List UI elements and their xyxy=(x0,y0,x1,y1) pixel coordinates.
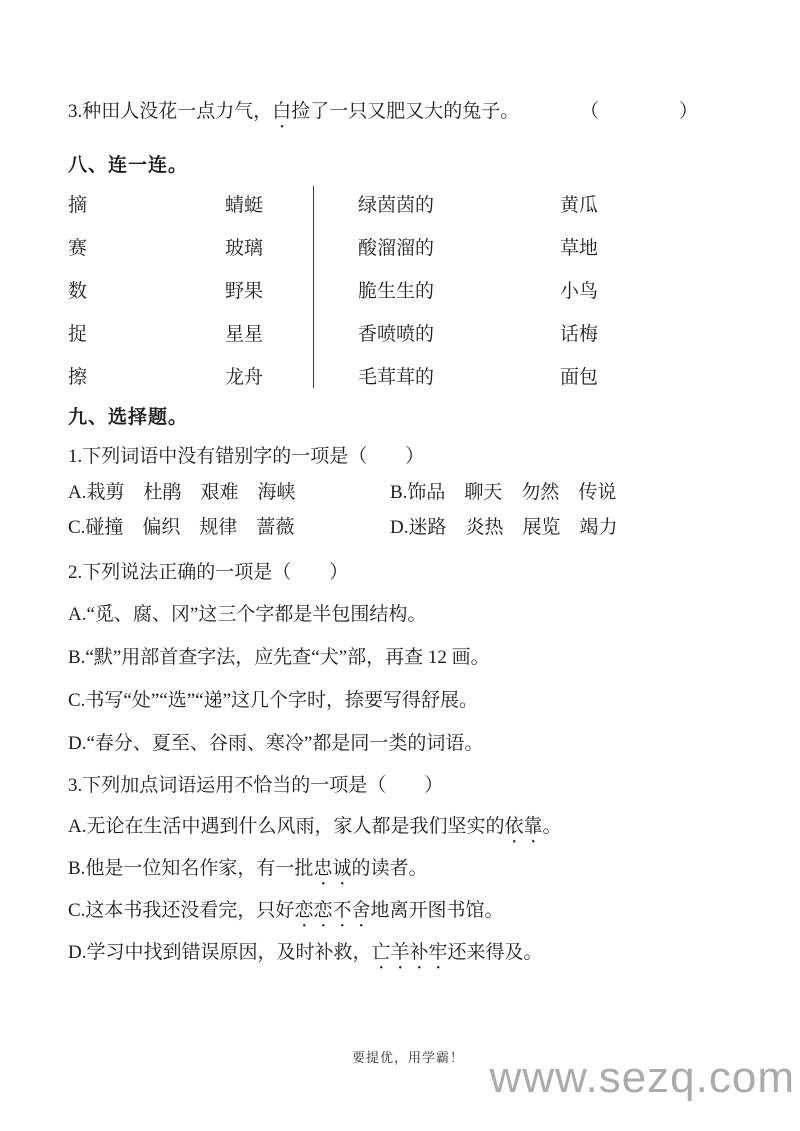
match-object: 小鸟 xyxy=(560,276,598,303)
match-noun: 野果 xyxy=(225,276,358,303)
q3-stem: 3.下列加点词语运用不恰当的一项是（ ） xyxy=(68,770,712,797)
match-divider-line xyxy=(313,186,314,388)
q3-option-c-pre: C.这本书我还没看完，只好 xyxy=(68,900,294,921)
section-8-heading: 八、连一连。 xyxy=(68,150,712,177)
match-object: 话梅 xyxy=(560,319,598,346)
q3-option-c-emphasized: 恋恋不舍 xyxy=(294,900,370,921)
worksheet-page: 3.种田人没花一点力气，白捡了一只又肥又大的兔子。 （ ） 八、连一连。 摘 蜻… xyxy=(0,0,800,1131)
match-verb: 擦 xyxy=(68,362,225,389)
site-watermark: www.sezq.com xyxy=(490,1053,795,1103)
matching-exercise: 摘 蜻蜓 绿茵茵的 黄瓜 赛 玻璃 酸溜溜的 草地 数 野果 脆生生的 小鸟 捉… xyxy=(68,190,732,405)
answer-parentheses: （ ） xyxy=(580,96,712,123)
judgement-item-3-text-post: 捡了一只又肥又大的兔子。 xyxy=(291,101,519,122)
match-noun: 龙舟 xyxy=(225,362,358,389)
q3-option-c: C.这本书我还没看完，只好恋恋不舍地离开图书馆。 xyxy=(68,895,712,932)
q3-option-b-emphasized: 忠诚 xyxy=(313,858,351,879)
section-9-heading: 九、选择题。 xyxy=(68,402,712,429)
match-verb: 数 xyxy=(68,276,225,303)
match-noun: 玻璃 xyxy=(225,233,358,260)
q3-option-d-post: 还来得及。 xyxy=(448,942,543,963)
q2-option-d: D.“春分、夏至、谷雨、寒冷”都是同一类的词语。 xyxy=(68,728,712,755)
match-verb: 赛 xyxy=(68,233,225,260)
q3-option-c-post: 地离开图书馆。 xyxy=(370,900,503,921)
match-verb: 捉 xyxy=(68,319,225,346)
q3-option-a-emphasized: 依靠 xyxy=(504,816,542,837)
match-noun: 蜻蜓 xyxy=(225,190,358,217)
match-object: 面包 xyxy=(560,362,598,389)
q2-option-a: A.“觅、腐、冈”这三个字都是半包围结构。 xyxy=(68,599,712,626)
judgement-item-3: 3.种田人没花一点力气，白捡了一只又肥又大的兔子。 （ ） xyxy=(68,96,712,133)
match-object: 草地 xyxy=(560,233,598,260)
q2-option-c: C.书写“处”“选”“递”这几个字时，捺要写得舒展。 xyxy=(68,685,712,712)
q3-option-d-emphasized: 亡羊补牢 xyxy=(371,942,447,963)
footer-slogan: 要提优，用学霸！ xyxy=(352,1047,464,1066)
q1-option-d: D.迷路 炎热 展览 竭力 xyxy=(390,512,617,539)
q3-option-b-post: 的读者。 xyxy=(351,858,427,879)
match-adjective: 脆生生的 xyxy=(358,276,560,303)
match-row: 赛 玻璃 酸溜溜的 草地 xyxy=(68,233,732,276)
q3-option-b: B.他是一位知名作家，有一批忠诚的读者。 xyxy=(68,853,712,890)
q1-option-c: C.碰撞 偏织 规律 蔷薇 xyxy=(68,512,390,539)
match-row: 捉 星星 香喷喷的 话梅 xyxy=(68,319,732,362)
q1-stem: 1.下列词语中没有错别字的一项是（ ） xyxy=(68,441,712,468)
judgement-item-3-text-pre: 3.种田人没花一点力气， xyxy=(68,101,272,122)
match-verb: 摘 xyxy=(68,190,225,217)
q1-option-b: B.饰品 聊天 勿然 传说 xyxy=(390,477,616,504)
match-row: 擦 龙舟 毛茸茸的 面包 xyxy=(68,362,732,405)
q3-option-a-post: 。 xyxy=(543,816,562,837)
match-adjective: 毛茸茸的 xyxy=(358,362,560,389)
q3-option-b-pre: B.他是一位知名作家，有一批 xyxy=(68,858,313,879)
q2-option-b: B.“默”用部首查字法，应先查“犬”部，再查 12 画。 xyxy=(68,642,712,669)
match-object: 黄瓜 xyxy=(560,190,598,217)
q3-option-d-pre: D.学习中找到错误原因，及时补救， xyxy=(68,942,371,963)
q2-stem: 2.下列说法正确的一项是（ ） xyxy=(68,557,712,584)
q1-option-a: A.栽剪 杜鹃 艰难 海峡 xyxy=(68,477,390,504)
match-adjective: 绿茵茵的 xyxy=(358,190,560,217)
match-adjective: 香喷喷的 xyxy=(358,319,560,346)
match-row: 数 野果 脆生生的 小鸟 xyxy=(68,276,732,319)
q3-option-d: D.学习中找到错误原因，及时补救，亡羊补牢还来得及。 xyxy=(68,937,712,974)
match-noun: 星星 xyxy=(225,319,358,346)
judgement-item-3-emphasized-char: 白 xyxy=(272,101,291,122)
q3-option-a-pre: A.无论在生活中遇到什么风雨，家人都是我们坚实的 xyxy=(68,816,504,837)
q1-options-row-1: A.栽剪 杜鹃 艰难 海峡 B.饰品 聊天 勿然 传说 xyxy=(68,477,712,504)
match-row: 摘 蜻蜓 绿茵茵的 黄瓜 xyxy=(68,190,732,233)
match-adjective: 酸溜溜的 xyxy=(358,233,560,260)
q3-option-a: A.无论在生活中遇到什么风雨，家人都是我们坚实的依靠。 xyxy=(68,811,712,848)
q1-options-row-2: C.碰撞 偏织 规律 蔷薇 D.迷路 炎热 展览 竭力 xyxy=(68,512,712,539)
